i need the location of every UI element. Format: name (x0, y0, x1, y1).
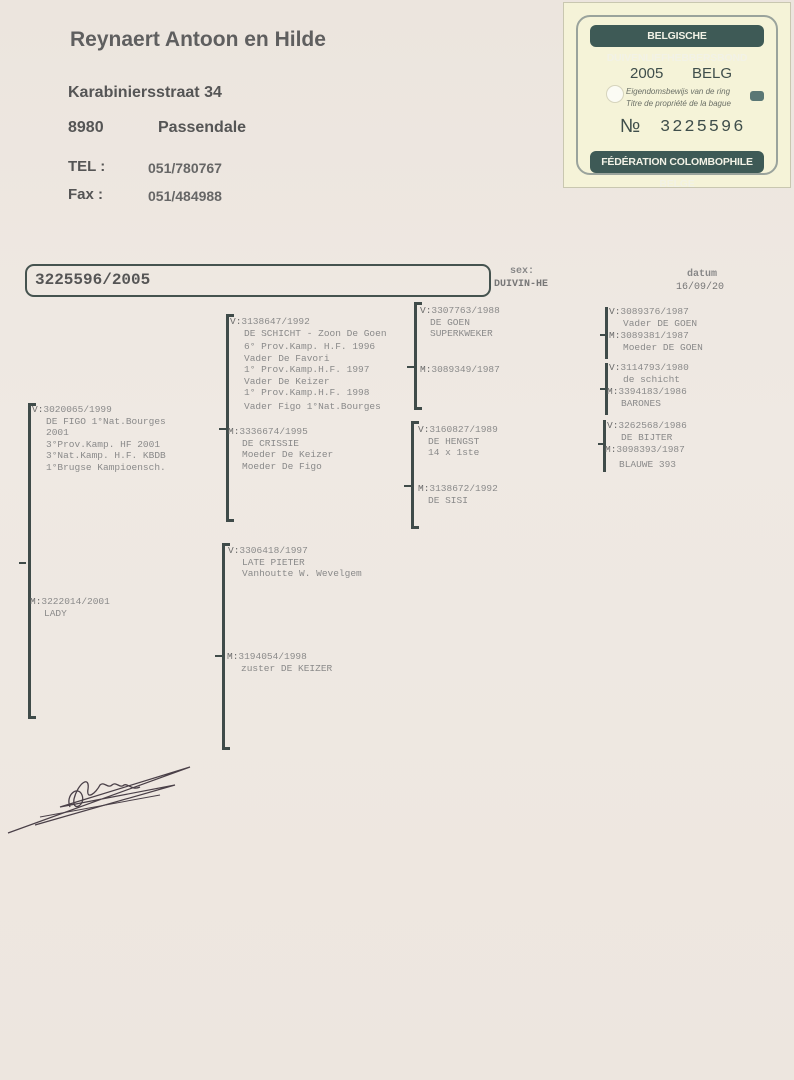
fax-value: 051/484988 (148, 188, 222, 204)
ring-ownership-card: BELGISCHE DUIVENLIEFHEBBERSBOND 2005 BEL… (563, 2, 791, 188)
gen2-mf: V:3306418/1997LATE PIETERVanhoutte W. We… (228, 545, 362, 580)
card-number-label: № (620, 116, 640, 138)
gen2-fm: M:3336674/1995DE CRISSIEMoeder De Keizer… (228, 426, 333, 472)
fax-label: Fax : (68, 186, 103, 203)
gen4-ffmm: M:3394183/1986BARONES (607, 386, 687, 409)
crown-emblem-icon (750, 91, 764, 101)
tel-label: TEL : (68, 158, 105, 175)
pigeon-ring-field: 3225596/2005 (25, 264, 491, 297)
gen4-ffmf: V:3114793/1980de schicht (609, 362, 689, 385)
card-subtitle-fr: Titre de propriété de la bague (626, 99, 731, 108)
gen4-fmfm: M:3098393/1987BLAUWE 393 (605, 444, 685, 470)
gen1-connector (19, 562, 26, 564)
date-label: datum (687, 269, 717, 280)
gen2-father-connector (219, 428, 226, 430)
gen4-fff-bracket (605, 307, 608, 359)
card-number: 3225596 (660, 118, 745, 137)
sex-label: sex: (510, 266, 534, 277)
card-subtitle-nl: Eigendomsbewijs van de ring (626, 87, 730, 96)
sex-value: DUIVIN-HE (494, 279, 548, 290)
gen4-fmff: V:3262568/1986DE BIJTER (607, 420, 687, 443)
card-country: BELG (692, 65, 732, 82)
owner-name: Reynaert Antoon en Hilde (70, 28, 326, 52)
gen4-fmf-connector (598, 443, 604, 445)
punch-hole-icon (606, 85, 624, 103)
gen4-fffm: M:3089381/1987Moeder DE GOEN (609, 330, 703, 353)
gen3-ff-connector (407, 366, 414, 368)
gen2-mother-connector (215, 655, 222, 657)
gen3-ffm: M:3089349/1987 (420, 364, 500, 376)
gen2-ff: V:3138647/1992DE SCHICHT - Zoon De Goen6… (230, 316, 387, 412)
owner-city: Passendale (158, 119, 246, 137)
gen4-fff-connector (600, 334, 606, 336)
gen3-fmm: M:3138672/1992DE SISI (418, 483, 498, 506)
tel-value: 051/780767 (148, 160, 222, 176)
gen4-ffff: V:3089376/1987Vader DE GOEN (609, 306, 697, 329)
gen4-ffm-connector (600, 388, 606, 390)
signature-icon (0, 755, 200, 845)
pedigree-sheet: Reynaert Antoon en Hilde Karabiniersstra… (0, 0, 794, 1080)
owner-postcode: 8980 (68, 119, 104, 137)
gen2-mm: M:3194054/1998zuster DE KEIZER (227, 651, 332, 674)
gen3-fm-connector (404, 485, 411, 487)
date-value: 16/09/20 (676, 282, 724, 293)
gen3-fmf: V:3160827/1989DE HENGST14 x 1ste (418, 424, 498, 459)
gen1-mother: M:3222014/2001LADY (30, 596, 110, 619)
card-year: 2005 (630, 65, 663, 82)
owner-street: Karabiniersstraat 34 (68, 84, 222, 102)
card-top-banner: BELGISCHE DUIVENLIEFHEBBERSBOND (590, 25, 764, 47)
card-bottom-banner: FÉDÉRATION COLOMBOPHILE BELGE (590, 151, 764, 173)
gen1-father: V:3020065/1999DE FIGO 1°Nat.Bourges20013… (32, 404, 166, 473)
gen3-fff: V:3307763/1988DE GOENSUPERKWEKER (420, 305, 500, 340)
pigeon-ring-number: 3225596/2005 (35, 271, 150, 289)
